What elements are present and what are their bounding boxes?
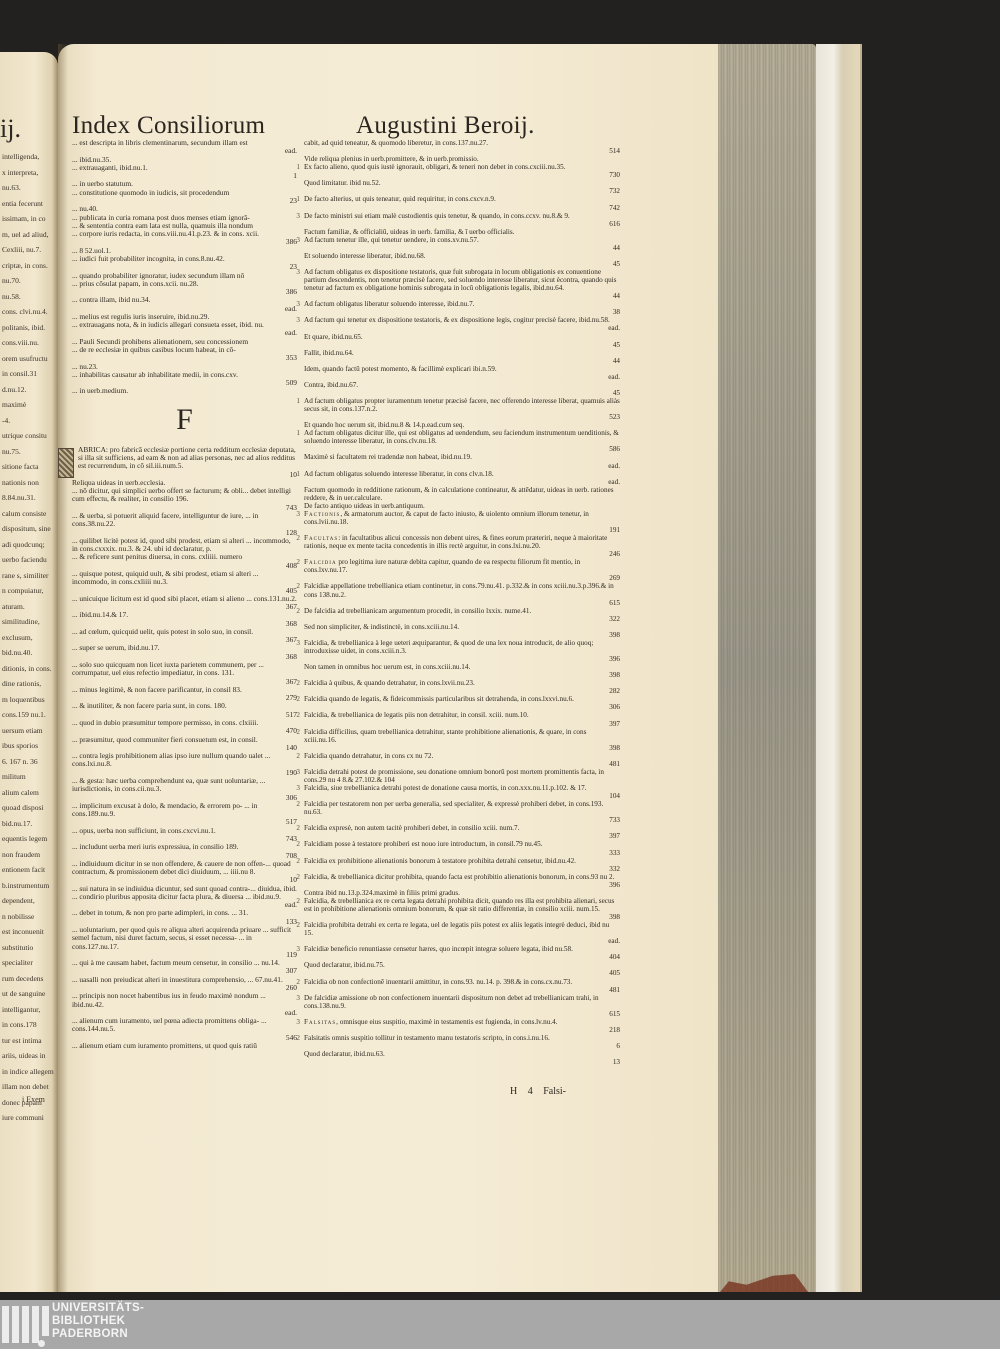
index-entry: ... & inutiliter, & non facere paria sun… (72, 702, 297, 719)
index-entry: ... contra illam, ibid nu.34.ead. (72, 296, 297, 313)
index-entry: Et quando hoc uerum sit, ibid.nu.8 & 14.… (304, 421, 620, 429)
left-page-text-fragment: sitione facta (2, 462, 38, 472)
index-entry: 2Falcidiam posse à testatore prohiberi e… (304, 840, 620, 856)
left-page-text-fragment: uerbo faciendu (2, 555, 47, 565)
index-entry: Non tamen in omnibus hoc uerum est, in c… (304, 663, 620, 679)
margin-number: 2 (290, 1034, 300, 1042)
left-page-text-fragment: ditionis, in cons. (2, 664, 52, 674)
left-page-text-fragment: intelligenda, (2, 152, 39, 162)
margin-number: 2 (290, 800, 300, 808)
index-entry: ... debet in totum, & non pro parte adim… (72, 909, 297, 926)
margin-number: 2 (290, 679, 300, 687)
left-page-catchword: i Exem (22, 1095, 45, 1104)
entry-text: Falcidiam posse à testatore prohiberi es… (304, 840, 620, 848)
page-reference: 732 (304, 187, 620, 195)
entry-text: ... unicuique licitum est id quod sibi p… (72, 595, 297, 603)
index-entry: Et quare, ibid.nu.65.45 (304, 333, 620, 349)
entry-text: ... indiuiduum dicitur in se non offende… (72, 860, 297, 877)
margin-number: 2 (290, 857, 300, 865)
entry-text: ... quod in dubio præsumitur tempore per… (72, 719, 297, 727)
index-entry: Et soluendo interesse liberatur, ibid.nu… (304, 252, 620, 268)
margin-number: 2 (290, 607, 300, 615)
index-entry: ... extrauagans nota, & in iudicis alleg… (72, 321, 297, 338)
left-page-text-fragment: x interpreta, (2, 168, 38, 178)
page-reference: 353 (72, 354, 297, 362)
left-page-text-fragment: ut de sanguine (2, 989, 45, 999)
running-head-right: Augustini Beroij. (356, 112, 535, 140)
left-page-text-fragment: similitudine, (2, 617, 40, 627)
left-page-text-fragment: orem usufructu (2, 354, 48, 364)
entry-text: ... uasalli non preiudicat alteri in inu… (72, 976, 297, 984)
left-page-text-fragment: cons.159 nu.1. (2, 710, 46, 720)
left-page-text-fragment: dine rationis, (2, 679, 41, 689)
entry-text: cabit, ad quid teneatur, & quomodo liber… (304, 139, 620, 147)
index-entry: 3De falcidiæ amissione ob non confection… (304, 994, 620, 1018)
index-entry: 2Falcidia expresè, non autem tacitè proh… (304, 824, 620, 840)
entry-text: Contra ibid nu.13.p.324.maximè in filiis… (304, 889, 620, 897)
entry-text: ... super se uerum, ibid.nu.17. (72, 644, 297, 652)
entry-text: Non tamen in omnibus hoc uerum est, in c… (304, 663, 620, 671)
left-page-text-fragment: issimam, in co (2, 214, 46, 224)
left-page-text-fragment: aturam. (2, 602, 25, 612)
entry-text: Vide reliqua plenius in uerb.promittere,… (304, 155, 620, 163)
entry-text: ... ad cœlum, quicquid uelit, quis potes… (72, 628, 297, 636)
entry-text: ... debet in totum, & non pro parte adim… (72, 909, 297, 917)
index-entry: ... unicuique licitum est id quod sibi p… (72, 595, 297, 612)
entry-text: Falcidia, siue trebellianica detrahi pot… (304, 784, 620, 792)
index-entry: ... qui à me causam habet, factum meum c… (72, 959, 297, 976)
index-entry: Idem, quando factū potest momento, & fac… (304, 365, 620, 381)
scan-background: ij. intelligenda,x interpreta,nu.63.enti… (0, 0, 1000, 1300)
margin-number: 2 (290, 534, 300, 542)
margin-number: 1 (290, 163, 300, 171)
entry-text: ... qui à me causam habet, factum meum c… (72, 959, 297, 967)
left-page-text-fragment: b.instrumentum (2, 881, 49, 891)
index-entry: ... includunt uerba meri iuris expressiu… (72, 843, 297, 860)
index-entry: 3Falcidia detrahi potest de promissione,… (304, 768, 620, 784)
index-entry: ... nō dicitur, qui simplici uerbo offer… (72, 487, 297, 512)
left-page-text-fragment: est inconuenit (2, 927, 44, 937)
index-entry: ... uoluntarium, per quod quis re aliqua… (72, 926, 297, 959)
entry-text: ... & gesta: hæc uerba comprehendunt ea,… (72, 777, 297, 794)
entry-text: Fallit, ibid.nu.64. (304, 349, 620, 357)
page-reference: 44 (304, 244, 620, 252)
entry-text: Falsitas, omnisque eius suspitio, maximè… (304, 1018, 620, 1026)
index-entry: 3Ad factum qui tenetur ex dispositione t… (304, 316, 620, 332)
entry-text: ... prius cōsulat papam, in cons.xcii. n… (72, 280, 297, 288)
column-1-entries-after-heading: ABRICA: pro fabricā ecclesiæ portione ce… (72, 446, 297, 1051)
index-entry: ... in uerb.medium. (72, 387, 297, 395)
index-entry: 2Falcidia, & trebellianica de legatis pi… (304, 711, 620, 727)
entry-text: Quod declaratur, ibid.nu.63. (304, 1050, 620, 1058)
entry-text: Quod limitatur. ibid nu.52. (304, 179, 620, 187)
index-entry: ... ibid.nu.14.& 17.368 (72, 611, 297, 628)
left-page-text-fragment: rane s, similiter (2, 571, 48, 581)
index-entry: Quod limitatur. ibid nu.52.732 (304, 179, 620, 195)
page-reference: 246 (304, 550, 620, 558)
index-entry: ... est descripta in libris clementinaru… (72, 139, 297, 156)
entry-text: Falcidia prohibita detrahi ex certa re l… (304, 921, 620, 937)
page-reference: 269 (304, 574, 620, 582)
entry-text: Falcidia quando detrahatur, in cons cx n… (304, 752, 620, 760)
left-page-text-fragment: -4. (2, 416, 10, 426)
entry-text: Ad factum obligatus dicitur ille, qui es… (304, 429, 620, 445)
entry-text: Ad factum obligatus liberatur soluendo i… (304, 300, 620, 308)
margin-number: 2 (290, 558, 300, 566)
margin-number: 2 (290, 728, 300, 736)
gutter-shadow (58, 44, 68, 1292)
page-reference: 404 (304, 953, 620, 961)
entry-text: ... corpore iuris redacta, in cons.viii.… (72, 230, 297, 238)
index-entry: ... contra legis prohibitionem alias ips… (72, 752, 297, 777)
entry-text: ... implicitum excusat à dolo, & mendaci… (72, 802, 297, 819)
entry-text: Falcidia difficilius, quam trebellianica… (304, 728, 620, 744)
margin-number: 2 (290, 582, 300, 590)
index-entry: ... de re ecclesiæ in quibus casibus loc… (72, 346, 297, 363)
index-entry: ... & gesta: hæc uerba comprehendunt ea,… (72, 777, 297, 802)
margin-number: 3 (290, 300, 300, 308)
index-entry: 2Falcidia quando detrahatur, in cons cx … (304, 752, 620, 768)
left-page-text-fragment: 6. 167 n. 36 (2, 757, 38, 767)
page-reference: ead. (304, 462, 620, 470)
entry-text: ... ibid.nu.14.& 17. (72, 611, 297, 619)
index-entry: 2Falcidiæ appellatione trebellianica eti… (304, 582, 620, 606)
entry-text: Maximè si facultatem rei tradendæ non ha… (304, 453, 620, 461)
entry-text: ... condirio pluribus apposita dicitur f… (72, 893, 297, 901)
entry-text: Ex facto alieno, quod quis iustè ignorau… (304, 163, 620, 171)
index-entry: 3De facto ministri sui etiam malè custod… (304, 212, 620, 228)
left-page-text-fragment: maximè (2, 400, 26, 410)
index-entry: ... & reficere sunt penitus diuersa, in … (72, 553, 297, 570)
left-page-text-fragment: bid.nu.17. (2, 819, 32, 829)
margin-number: 2 (290, 752, 300, 760)
index-entry: ... implicitum excusat à dolo, & mendaci… (72, 802, 297, 827)
entry-text: ... alienum etiam cum iuramento promitte… (72, 1042, 297, 1050)
margin-number: 3 (290, 639, 300, 647)
signature-text: H 4 (510, 1086, 533, 1097)
page-reference: 322 (304, 615, 620, 623)
entry-text: ... quisque potest, quiquid uult, & sibi… (72, 570, 297, 587)
index-entry: ... condirio pluribus apposita dicitur f… (72, 893, 297, 910)
library-name-line-1: UNIVERSITÄTS- (52, 1302, 144, 1315)
entry-text: De facto ministri sui etiam malè custodi… (304, 212, 620, 220)
index-entry: ... solo suo quicquam non licet iuxta pa… (72, 661, 297, 686)
page-reference: 13 (304, 1058, 620, 1066)
page-reference: 397 (304, 832, 620, 840)
headword: Falsitas (304, 1018, 336, 1026)
index-entry: 3Ad factum obligatus ex dispositione tes… (304, 268, 620, 300)
index-entry: ... iudici fuit probabiliter incognita, … (72, 255, 297, 272)
left-page-text-fragment: nationis non (2, 478, 39, 488)
index-entry: ... indiuiduum dicitur in se non offende… (72, 860, 297, 885)
page-reference: 398 (304, 913, 620, 921)
page-reference: 191 (304, 526, 620, 534)
entry-text: Falcidiæ appellatione trebellianica etia… (304, 582, 620, 598)
left-page-text-fragment: nu.58. (2, 292, 21, 302)
left-page-text-fragment: illam non debet (2, 1082, 49, 1092)
index-entry: 2Falcidia ob non confectionē inuentarii … (304, 978, 620, 994)
margin-number: 2 (290, 695, 300, 703)
left-page-text-fragment: cons. clvi.nu.4. (2, 307, 48, 317)
entry-text: Falcidiæ beneficio renuntiasse censetur … (304, 945, 620, 953)
left-page-text-fragment: in indice allegem (2, 1067, 54, 1077)
column-1-entries-before-heading: ... est descripta in libris clementinaru… (72, 139, 297, 396)
page-reference: 397 (304, 720, 620, 728)
margin-number: 1 (290, 195, 300, 203)
entry-text: ... præsumitur, quod communiter fieri co… (72, 736, 297, 744)
page-reference: 23 (72, 197, 297, 205)
entry-text: ... quilibet licitè potest id, quod sibi… (72, 537, 297, 554)
entry-text: Et quando hoc uerum sit, ibid.nu.8 & 14.… (304, 421, 620, 429)
signature-mark: H 4 Falsi- (510, 1086, 566, 1097)
left-page-text-fragment: tur est intima (2, 1036, 42, 1046)
page-reference: 44 (304, 292, 620, 300)
left-page-text-fragment: entionem facit (2, 865, 45, 875)
left-page-text-fragment: adi quodcunq; (2, 540, 45, 550)
left-page-text-fragment: nu.75. (2, 447, 21, 457)
entry-text: Falcidia per testatorem non per uerba ge… (304, 800, 620, 816)
index-entry: 2Falcidia pro legitima iure naturæ debit… (304, 558, 620, 582)
margin-number: 3 (290, 994, 300, 1002)
index-entry: ... quisque potest, quiquid uult, & sibi… (72, 570, 297, 595)
library-name: UNIVERSITÄTS- BIBLIOTHEK PADERBORN (52, 1302, 144, 1341)
left-page: ij. intelligenda,x interpreta,nu.63.enti… (0, 52, 58, 1292)
margin-number: 2 (290, 897, 300, 905)
page-reference: 396 (304, 655, 620, 663)
left-page-text-fragment: nu.70. (2, 276, 21, 286)
index-entry: 2Falcidia à quibus, & quando detrahatur,… (304, 679, 620, 695)
entry-text: Ad factum obligatus ex dispositione test… (304, 268, 620, 292)
index-entry: Sed non simpliciter, & indistinctè, in c… (304, 623, 620, 639)
margin-number: 1 (290, 470, 300, 478)
page-reference: 45 (304, 389, 620, 397)
index-entry: Factum quomodo in redditione rationum, &… (304, 486, 620, 502)
index-entry: 2Facultas: in facultatibus alicui conces… (304, 534, 620, 558)
index-entry: 3Falcidiæ beneficio renuntiasse censetur… (304, 945, 620, 961)
left-page-text-fragment: bid.nu.40. (2, 648, 32, 658)
page-reference: 332 (304, 865, 620, 873)
left-page-text-fragment: ariis, uideas in (2, 1051, 46, 1061)
entry-text: ... principis non nocet habentibus ius i… (72, 992, 297, 1009)
entry-text: Falcidia, & trebellianica dicitur prohib… (304, 873, 620, 881)
left-page-text-fragment: in cons.178 (2, 1020, 37, 1030)
entry-text: ... minus legitimè, & non facere parific… (72, 686, 297, 694)
entry-text: Quod declaratur, ibid.nu.75. (304, 961, 620, 969)
index-entry: ... principis non nocet habentibus ius i… (72, 992, 297, 1017)
index-entry: 2De falcidia ad trebellianicam argumentu… (304, 607, 620, 623)
index-entry: 2Falcidia difficilius, quam trebellianic… (304, 728, 620, 752)
index-entry: ... alienum cum iuramento, uel pœna adie… (72, 1017, 297, 1042)
left-page-text-fragment: cons.viii.nu. (2, 338, 39, 348)
entry-text: Falcidia pro legitima iure naturæ debita… (304, 558, 620, 574)
index-entry: Factum familiæ, & officialiū, uideas in … (304, 228, 620, 236)
page-reference: 396 (304, 881, 620, 889)
decorated-initial-icon (58, 448, 74, 478)
page-reference: 218 (304, 1026, 620, 1034)
margin-number: 1 (290, 397, 300, 405)
index-entry: 1De facto alterius, ut quis teneatur, qu… (304, 195, 620, 211)
left-page-text-fragment: rum decedens (2, 974, 43, 984)
index-entry: ... quilibet licitè potest id, quod sibi… (72, 537, 297, 554)
left-page-text-fragment: Cexliii, nu.7. (2, 245, 41, 255)
library-name-line-3: PADERBORN (52, 1328, 144, 1341)
left-page-text-fragment: n compuiatur, (2, 586, 43, 596)
entry-text: Falcidia expresè, non autem tacitè prohi… (304, 824, 620, 832)
entry-text: Factum familiæ, & officialiū, uideas in … (304, 228, 620, 236)
entry-text: Falcidia ob non confectionē inuentarii a… (304, 978, 620, 986)
left-page-text-fragment: politanis, ibid. (2, 323, 45, 333)
index-column-1: ... est descripta in libris clementinaru… (72, 139, 297, 1050)
index-entry: 3Ad factum tenetur ille, qui tenetur uen… (304, 236, 620, 252)
page-reference: 45 (304, 341, 620, 349)
index-entry: Quod declaratur, ibid.nu.75.405 (304, 961, 620, 977)
left-page-text-fragment: alium calem (2, 788, 39, 798)
page-reference: 333 (304, 849, 620, 857)
page-reference: 730 (304, 171, 620, 179)
entry-text: ... solo suo quicquam non licet iuxta pa… (72, 661, 297, 678)
margin-number: 3 (290, 268, 300, 276)
entry-text: ABRICA: pro fabricā ecclesiæ portione ce… (72, 446, 297, 471)
entry-text: ... & inutiliter, & non facere paria sun… (72, 702, 297, 710)
headword: Facultas (304, 534, 338, 542)
page-reference: 6 (304, 1042, 620, 1050)
entry-text: Factionis, & armatorum auctor, & caput d… (304, 510, 620, 526)
left-page-text-fragment: in consil.31 (2, 369, 37, 379)
entry-text: Idem, quando factū potest momento, & fac… (304, 365, 620, 373)
letter-heading: F (72, 400, 297, 440)
left-page-text-fragment: militum (2, 772, 26, 782)
page-reference: 405 (304, 969, 620, 977)
index-entry: ... præsumitur, quod communiter fieri co… (72, 736, 297, 753)
entry-text: ... est descripta in libris clementinaru… (72, 139, 297, 147)
page-reference: 398 (304, 631, 620, 639)
index-entry: ... constitutione quomodo in iudicis, si… (72, 189, 297, 206)
index-entry: ... & uerba, si potuerit aliquid facere,… (72, 512, 297, 537)
entry-text: ... uoluntarium, per quod quis re aliqua… (72, 926, 297, 951)
entry-text: ... iudici fuit probabiliter incognita, … (72, 255, 297, 263)
margin-number: 3 (290, 212, 300, 220)
margin-number: 3 (290, 236, 300, 244)
left-page-text-fragment: 8.84.nu.31. (2, 493, 36, 503)
left-page-text-fragment: dependent, (2, 896, 35, 906)
left-page-heading-fragment: ij. (0, 114, 21, 144)
index-entry: ... opus, uerba non sufficiunt, in cons.… (72, 827, 297, 844)
entry-text: ... opus, uerba non sufficiunt, in cons.… (72, 827, 297, 835)
index-entry: ... uasalli non preiudicat alteri in inu… (72, 976, 297, 993)
page-reference: 615 (304, 1010, 620, 1018)
entry-text: De facto alterius, ut quis teneatur, qui… (304, 195, 620, 203)
entry-text: ... contra illam, ibid nu.34. (72, 296, 297, 304)
index-entry: cabit, ad quid teneatur, & quomodo liber… (304, 139, 620, 155)
entry-text: Falsitatis omnis suspitio tollitur in te… (304, 1034, 620, 1042)
entry-text: Sed non simpliciter, & indistinctè, in c… (304, 623, 620, 631)
index-entry: ... minus legitimè, & non facere parific… (72, 686, 297, 703)
left-page-text-fragment: criptæ, in cons. (2, 261, 48, 271)
margin-number: 2 (290, 921, 300, 929)
margin-number: 3 (290, 1018, 300, 1026)
index-entry: Vide reliqua plenius in uerb.promittere,… (304, 155, 620, 163)
left-page-text-fragment: uersum etiam (2, 726, 43, 736)
page-reference: 45 (304, 260, 620, 268)
entry-text: Falcidia detrahi potest de promissione, … (304, 768, 620, 784)
page-reference: ead. (304, 324, 620, 332)
entry-text: Ad factum qui tenetur ex dispositione te… (304, 316, 620, 324)
index-entry: 1Ad factum obligatus dicitur ille, qui e… (304, 429, 620, 453)
page-reference: ead. (304, 478, 620, 486)
left-page-text-fragment: exclusum, (2, 633, 33, 643)
page-reference: 282 (304, 687, 620, 695)
entry-text: ... de re ecclesiæ in quibus casibus loc… (72, 346, 297, 354)
margin-number: 2 (290, 824, 300, 832)
index-entry: 2Falcidia per testatorem non per uerba g… (304, 800, 620, 824)
entry-text: Ad factum obligatus soluendo interesse l… (304, 470, 620, 478)
left-page-text-fragment: specialiter (2, 958, 33, 968)
entry-text: Factum quomodo in redditione rationum, &… (304, 486, 620, 502)
page-reference: 398 (304, 744, 620, 752)
entry-text: ... alienum cum iuramento, uel pœna adie… (72, 1017, 297, 1034)
page-reference: ead. (304, 937, 620, 945)
index-entry: 2Falcidia prohibita detrahi ex certa re … (304, 921, 620, 945)
book-cover-edge (816, 44, 862, 1292)
entry-text: Falcidia, & trebellianica de legatis pii… (304, 711, 620, 719)
index-entry: 2Falcidia quando de legatis, & fideicomm… (304, 695, 620, 711)
index-entry: 1Ad factum obligatus soluendo interesse … (304, 470, 620, 486)
page-reference: 742 (304, 204, 620, 212)
entry-text: ... in uerb.medium. (72, 387, 297, 395)
page-reference: 481 (304, 760, 620, 768)
index-entry: Maximè si facultatem rei tradendæ non ha… (304, 453, 620, 469)
page-reference: 733 (304, 816, 620, 824)
left-page-text-fragment: substitutio (2, 943, 33, 953)
left-page-text-fragment: utrique consitu (2, 431, 47, 441)
entry-text: De falcidiæ amissione ob non confectione… (304, 994, 620, 1010)
index-entry: ... extrauaganti, ibid.nu.1.1 (72, 164, 297, 181)
page-reference: 514 (304, 147, 620, 155)
left-page-text-fragment: calum consiste (2, 509, 46, 519)
index-entry: 1Ad factum obligatus propter iuramentum … (304, 397, 620, 421)
index-entry: ... corpore iuris redacta, in cons.viii.… (72, 230, 297, 247)
entry-text: Falcidia, & trebellianica à lege ueteri … (304, 639, 620, 655)
index-entry: Quod declaratur, ibid.nu.63.13 (304, 1050, 620, 1066)
page-reference: 44 (304, 357, 620, 365)
margin-number: 2 (290, 873, 300, 881)
left-page-text-fragment: quoad disposi (2, 803, 43, 813)
margin-number: 2 (290, 711, 300, 719)
page-reference: 616 (304, 220, 620, 228)
page-reference: 481 (304, 986, 620, 994)
entry-text: ... & reficere sunt penitus diuersa, in … (72, 553, 297, 561)
left-page-text-fragment: d.nu.12. (2, 385, 26, 395)
index-entry: Fallit, ibid.nu.64.44 (304, 349, 620, 365)
margin-number: 2 (290, 978, 300, 986)
entry-text: Contra, ibid.nu.67. (304, 381, 620, 389)
margin-number: 3 (290, 945, 300, 953)
index-entry: 3Factionis, & armatorum auctor, & caput … (304, 510, 620, 534)
entry-text: ... includunt uerba meri iuris expressiu… (72, 843, 297, 851)
left-page-text-fragment: ibus sporios (2, 741, 38, 751)
entry-text: De facto antiquo uideas in uerb.antiquum… (304, 502, 620, 510)
margin-number: 3 (290, 510, 300, 518)
index-entry: ... inhabilitas causatur ab inhabilitate… (72, 371, 297, 388)
entry-text: Falcidia, & trebellianica ex re certa le… (304, 897, 620, 913)
entry-text: ... extrauagans nota, & in iudicis alleg… (72, 321, 297, 329)
entry-text: ... inhabilitas causatur ab inhabilitate… (72, 371, 297, 379)
left-page-text-fragment: iure communi (2, 1113, 44, 1123)
page-reference: 615 (304, 599, 620, 607)
index-entry: 3Falcidia, & trebellianica à lege ueteri… (304, 639, 620, 663)
entry-text: ... contra legis prohibitionem alias ips… (72, 752, 297, 769)
entry-text: Facultas: in facultatibus alicui concess… (304, 534, 620, 550)
